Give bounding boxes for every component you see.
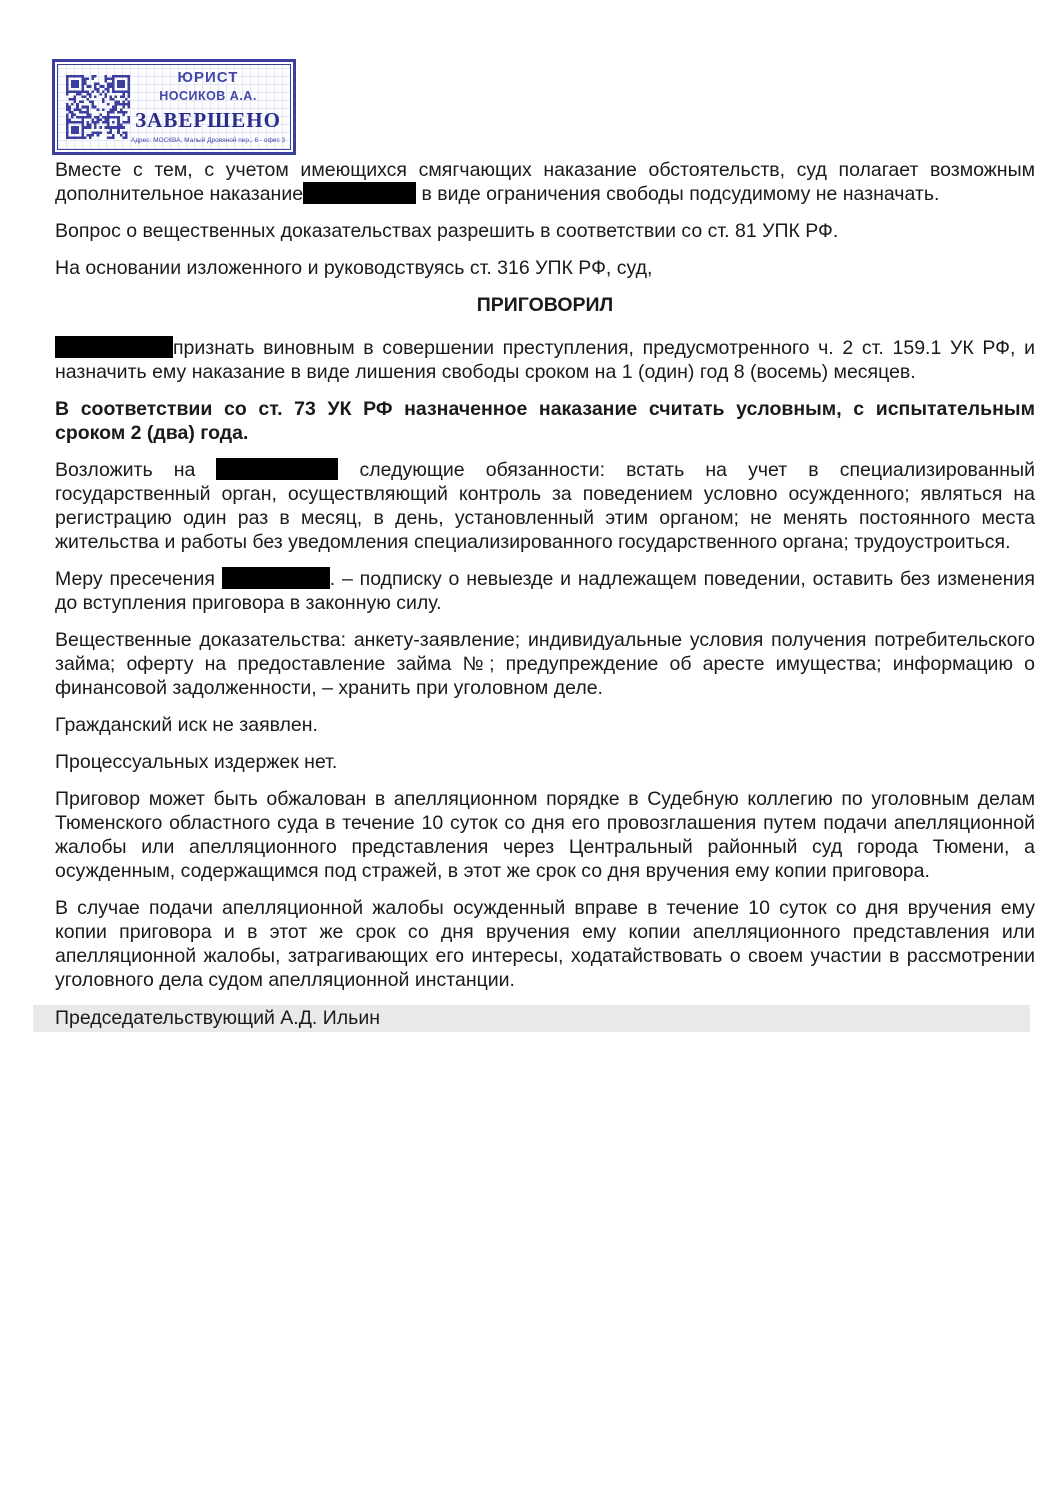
stamp-title: ЮРИСТ	[130, 70, 286, 85]
paragraph-obligations: Возложить на следующие обязанности: вста…	[55, 458, 1035, 554]
paragraph-conditional: В соответствии со ст. 73 УК РФ назначенн…	[55, 397, 1035, 445]
approval-stamp-inner: ЮРИСТ НОСИКОВ А.А. ЗАВЕРШЕНО Адрес: МОСК…	[57, 64, 291, 150]
paragraph-guilty: признать виновным в совершении преступле…	[55, 336, 1035, 384]
paragraph-restraint-measure: Меру пресечения . – подписку о невыезде …	[55, 567, 1035, 615]
approval-stamp: ЮРИСТ НОСИКОВ А.А. ЗАВЕРШЕНО Адрес: МОСК…	[52, 59, 296, 155]
stamp-status-label: ЗАВЕРШЕНО	[130, 110, 286, 131]
paragraph-civil-claim: Гражданский иск не заявлен.	[55, 713, 1035, 737]
verdict-heading: ПРИГОВОРИЛ	[55, 293, 1035, 317]
redaction-bar	[222, 567, 330, 589]
redaction-bar	[55, 336, 173, 358]
stamp-text-block: ЮРИСТ НОСИКОВ А.А. ЗАВЕРШЕНО Адрес: МОСК…	[130, 70, 290, 144]
redaction-bar	[303, 182, 416, 204]
redaction-bar	[216, 458, 338, 480]
paragraph-basis: На основании изложенного и руководствуяс…	[55, 256, 1035, 280]
stamp-name: НОСИКОВ А.А.	[130, 90, 286, 103]
stamp-address: Адрес: МОСКВА, Малый Дровяной пер., 6 - …	[130, 138, 286, 145]
paragraph-evidence-ruling: Вопрос о вещественных доказательствах ра…	[55, 219, 1035, 243]
paragraph-mitigating: Вместе с тем, с учетом имеющихся смягчаю…	[55, 158, 1035, 206]
paragraph-appeal: Приговор может быть обжалован в апелляци…	[55, 787, 1035, 883]
paragraph-costs: Процессуальных издержек нет.	[55, 750, 1035, 774]
document-page: ЮРИСТ НОСИКОВ А.А. ЗАВЕРШЕНО Адрес: МОСК…	[0, 0, 1061, 1500]
paragraph-material-evidence: Вещественные доказательства: анкету-заяв…	[55, 628, 1035, 700]
document-body: Вместе с тем, с учетом имеющихся смягчаю…	[55, 158, 1035, 1045]
presiding-judge-signature: Председательствующий А.Д. Ильин	[33, 1005, 1030, 1032]
qr-code-icon	[66, 75, 130, 139]
paragraph-appeal-participation: В случае подачи апелляционной жалобы осу…	[55, 896, 1035, 992]
